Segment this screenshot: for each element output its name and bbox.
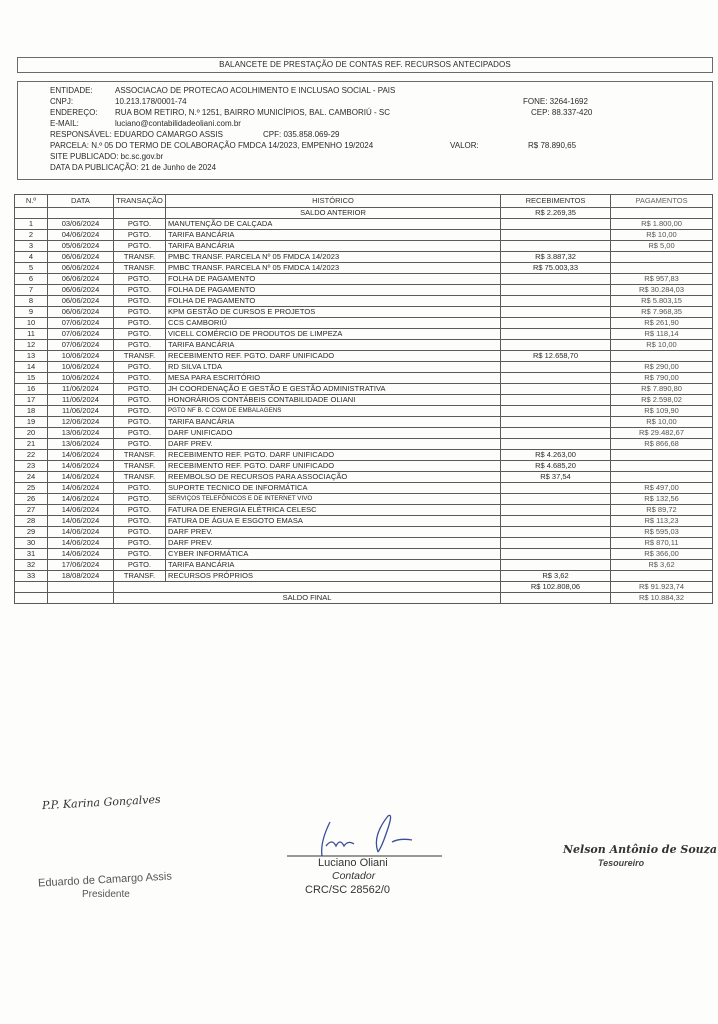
row-historico: TARIFA BANCÁRIA bbox=[166, 340, 501, 351]
row-historico: TARIFA BANCÁRIA bbox=[166, 230, 501, 241]
row-recebimentos bbox=[501, 219, 611, 230]
row-transacao: PGTO. bbox=[114, 274, 166, 285]
row-historico: DARF PREV. bbox=[166, 527, 501, 538]
table-row: 406/06/2024TRANSF.PMBC TRANSF. PARCELA N… bbox=[15, 252, 713, 263]
row-data: 10/06/2024 bbox=[48, 351, 114, 362]
row-data: 04/06/2024 bbox=[48, 230, 114, 241]
row-historico: RECEBIMENTO REF. PGTO. DARF UNIFICADO bbox=[166, 450, 501, 461]
row-data: 14/06/2024 bbox=[48, 472, 114, 483]
row-transacao: PGTO. bbox=[114, 230, 166, 241]
table-row: 506/06/2024TRANSF.PMBC TRANSF. PARCELA N… bbox=[15, 263, 713, 274]
row-recebimentos bbox=[501, 307, 611, 318]
row-numero: 17 bbox=[15, 395, 48, 406]
table-row: 2914/06/2024PGTO.DARF PREV.R$ 595,03 bbox=[15, 527, 713, 538]
row-historico: TARIFA BANCÁRIA bbox=[166, 417, 501, 428]
row-data: 06/06/2024 bbox=[48, 252, 114, 263]
row-recebimentos: R$ 4.263,00 bbox=[501, 450, 611, 461]
row-recebimentos bbox=[501, 318, 611, 329]
row-historico: FATURA DE ENERGIA ELÉTRICA CELESC bbox=[166, 505, 501, 516]
table-row: 2614/06/2024PGTO.SERVIÇOS TELEFÔNICOS E … bbox=[15, 494, 713, 505]
totals-row: R$ 102.808,06 R$ 91.923,74 bbox=[15, 582, 713, 593]
row-transacao: PGTO. bbox=[114, 296, 166, 307]
row-historico: SUPORTE TECNICO DE INFORMÁTICA bbox=[166, 483, 501, 494]
table-row: 2113/06/2024PGTO.DARF PREV.R$ 866,68 bbox=[15, 439, 713, 450]
row-numero: 22 bbox=[15, 450, 48, 461]
row-transacao: PGTO. bbox=[114, 340, 166, 351]
row-transacao: PGTO. bbox=[114, 505, 166, 516]
table-row: 1007/06/2024PGTO.CCS CAMBORIÚR$ 261,90 bbox=[15, 318, 713, 329]
row-data: 06/06/2024 bbox=[48, 274, 114, 285]
header-data: DATA bbox=[48, 195, 114, 208]
valor-label: VALOR: bbox=[450, 141, 479, 151]
row-data: 14/06/2024 bbox=[48, 494, 114, 505]
cep-value: CEP: 88.337-420 bbox=[531, 108, 592, 118]
row-recebimentos bbox=[501, 241, 611, 252]
row-recebimentos bbox=[501, 428, 611, 439]
contador-crc: CRC/SC 28562/0 bbox=[305, 884, 390, 896]
row-pagamentos: R$ 866,68 bbox=[611, 439, 713, 450]
row-recebimentos bbox=[501, 362, 611, 373]
row-transacao: TRANSF. bbox=[114, 263, 166, 274]
row-numero: 14 bbox=[15, 362, 48, 373]
row-numero: 30 bbox=[15, 538, 48, 549]
row-data: 14/06/2024 bbox=[48, 516, 114, 527]
row-pagamentos: R$ 89,72 bbox=[611, 505, 713, 516]
saldo-anterior-row: SALDO ANTERIOR R$ 2.269,35 bbox=[15, 208, 713, 219]
row-recebimentos bbox=[501, 483, 611, 494]
ledger-table: N.º DATA TRANSAÇÃO HISTÓRICO RECEBIMENTO… bbox=[14, 194, 713, 604]
table-row: 806/06/2024PGTO.FOLHA DE PAGAMENTOR$ 5.8… bbox=[15, 296, 713, 307]
table-row: 1310/06/2024TRANSF.RECEBIMENTO REF. PGTO… bbox=[15, 351, 713, 362]
saldo-final-value: R$ 10.884,32 bbox=[611, 593, 713, 604]
table-row: 2214/06/2024TRANSF.RECEBIMENTO REF. PGTO… bbox=[15, 450, 713, 461]
row-transacao: PGTO. bbox=[114, 373, 166, 384]
row-historico: RECEBIMENTO REF. PGTO. DARF UNIFICADO bbox=[166, 351, 501, 362]
table-row: 1711/06/2024PGTO.HONORÁRIOS CONTÁBEIS CO… bbox=[15, 395, 713, 406]
row-transacao: PGTO. bbox=[114, 285, 166, 296]
row-data: 06/06/2024 bbox=[48, 285, 114, 296]
table-header-row: N.º DATA TRANSAÇÃO HISTÓRICO RECEBIMENTO… bbox=[15, 195, 713, 208]
row-historico: TARIFA BANCÁRIA bbox=[166, 241, 501, 252]
table-row: 1510/06/2024PGTO.MESA PARA ESCRITÓRIOR$ … bbox=[15, 373, 713, 384]
row-historico: DARF PREV. bbox=[166, 439, 501, 450]
presidente-role: Presidente bbox=[82, 889, 130, 900]
row-recebimentos bbox=[501, 285, 611, 296]
row-numero: 21 bbox=[15, 439, 48, 450]
row-recebimentos bbox=[501, 373, 611, 384]
row-pagamentos: R$ 2.598,02 bbox=[611, 395, 713, 406]
row-data: 18/08/2024 bbox=[48, 571, 114, 582]
row-historico: CCS CAMBORIÚ bbox=[166, 318, 501, 329]
header-pagamentos: PAGAMENTOS bbox=[611, 195, 713, 208]
row-data: 14/06/2024 bbox=[48, 450, 114, 461]
row-historico: FOLHA DE PAGAMENTO bbox=[166, 274, 501, 285]
row-historico: SERVIÇOS TELEFÔNICOS E DE INTERNET VIVO bbox=[166, 494, 501, 505]
table-row: 103/06/2024PGTO.MANUTENÇÃO DE CALÇADAR$ … bbox=[15, 219, 713, 230]
row-recebimentos bbox=[501, 230, 611, 241]
row-pagamentos: R$ 261,90 bbox=[611, 318, 713, 329]
table-row: 305/06/2024PGTO.TARIFA BANCÁRIAR$ 5,00 bbox=[15, 241, 713, 252]
row-pagamentos: R$ 132,56 bbox=[611, 494, 713, 505]
row-pagamentos: R$ 29.482,67 bbox=[611, 428, 713, 439]
row-pagamentos: R$ 7.968,35 bbox=[611, 307, 713, 318]
row-data: 14/06/2024 bbox=[48, 505, 114, 516]
row-numero: 11 bbox=[15, 329, 48, 340]
row-transacao: PGTO. bbox=[114, 538, 166, 549]
row-transacao: PGTO. bbox=[114, 241, 166, 252]
presidente-name: Eduardo de Camargo Assis bbox=[38, 871, 172, 890]
row-historico: CYBER INFORMÁTICA bbox=[166, 549, 501, 560]
row-pagamentos bbox=[611, 263, 713, 274]
contador-name: Luciano Oliani bbox=[318, 857, 388, 869]
row-historico: DARF PREV. bbox=[166, 538, 501, 549]
row-transacao: PGTO. bbox=[114, 362, 166, 373]
row-transacao: TRANSF. bbox=[114, 450, 166, 461]
row-transacao: TRANSF. bbox=[114, 461, 166, 472]
row-numero: 32 bbox=[15, 560, 48, 571]
row-transacao: TRANSF. bbox=[114, 571, 166, 582]
row-numero: 4 bbox=[15, 252, 48, 263]
row-historico: RECEBIMENTO REF. PGTO. DARF UNIFICADO bbox=[166, 461, 501, 472]
entidade-label: ENTIDADE: bbox=[50, 86, 93, 96]
row-historico: PMBC TRANSF. PARCELA Nº 05 FMDCA 14/2023 bbox=[166, 263, 501, 274]
row-recebimentos bbox=[501, 560, 611, 571]
row-transacao: PGTO. bbox=[114, 329, 166, 340]
tesoureiro-name: Nelson Antônio de Souza bbox=[563, 843, 717, 856]
row-transacao: PGTO. bbox=[114, 406, 166, 417]
row-data: 14/06/2024 bbox=[48, 527, 114, 538]
row-recebimentos bbox=[501, 494, 611, 505]
row-transacao: PGTO. bbox=[114, 483, 166, 494]
row-data: 11/06/2024 bbox=[48, 406, 114, 417]
row-pagamentos bbox=[611, 571, 713, 582]
row-data: 07/06/2024 bbox=[48, 340, 114, 351]
entidade-value: ASSOCIACAO DE PROTECAO ACOLHIMENTO E INC… bbox=[115, 86, 395, 96]
row-numero: 18 bbox=[15, 406, 48, 417]
row-numero: 24 bbox=[15, 472, 48, 483]
header-historico: HISTÓRICO bbox=[166, 195, 501, 208]
row-historico: KPM GESTÃO DE CURSOS E PROJETOS bbox=[166, 307, 501, 318]
row-numero: 28 bbox=[15, 516, 48, 527]
table-row: 1811/06/2024PGTO.PGTO NF B. C COM DE EMB… bbox=[15, 406, 713, 417]
row-recebimentos bbox=[501, 406, 611, 417]
row-recebimentos bbox=[501, 296, 611, 307]
table-row: 2414/06/2024TRANSF.REEMBOLSO DE RECURSOS… bbox=[15, 472, 713, 483]
row-numero: 29 bbox=[15, 527, 48, 538]
row-historico: TARIFA BANCÁRIA bbox=[166, 560, 501, 571]
row-pagamentos: R$ 870,11 bbox=[611, 538, 713, 549]
row-recebimentos: R$ 3.887,32 bbox=[501, 252, 611, 263]
row-recebimentos: R$ 12.658,70 bbox=[501, 351, 611, 362]
site-value: SITE PUBLICADO: bc.sc.gov.br bbox=[50, 152, 163, 162]
row-numero: 3 bbox=[15, 241, 48, 252]
table-row: 1410/06/2024PGTO.RD SILVA LTDAR$ 290,00 bbox=[15, 362, 713, 373]
row-numero: 5 bbox=[15, 263, 48, 274]
table-row: 906/06/2024PGTO.KPM GESTÃO DE CURSOS E P… bbox=[15, 307, 713, 318]
row-numero: 9 bbox=[15, 307, 48, 318]
row-historico: MANUTENÇÃO DE CALÇADA bbox=[166, 219, 501, 230]
row-pagamentos bbox=[611, 252, 713, 263]
row-recebimentos bbox=[501, 274, 611, 285]
saldo-anterior-label: SALDO ANTERIOR bbox=[166, 208, 501, 219]
row-recebimentos bbox=[501, 505, 611, 516]
endereco-label: ENDEREÇO: bbox=[50, 108, 98, 118]
row-pagamentos: R$ 10,00 bbox=[611, 417, 713, 428]
row-historico: FATURA DE ÁGUA E ESGOTO EMASA bbox=[166, 516, 501, 527]
row-transacao: PGTO. bbox=[114, 384, 166, 395]
row-historico: RD SILVA LTDA bbox=[166, 362, 501, 373]
contador-signature-icon bbox=[282, 812, 457, 860]
row-pagamentos: R$ 1.800,00 bbox=[611, 219, 713, 230]
row-transacao: PGTO. bbox=[114, 549, 166, 560]
table-row: 606/06/2024PGTO.FOLHA DE PAGAMENTOR$ 957… bbox=[15, 274, 713, 285]
row-recebimentos bbox=[501, 417, 611, 428]
row-transacao: TRANSF. bbox=[114, 472, 166, 483]
saldo-final-row: SALDO FINAL R$ 10.884,32 bbox=[15, 593, 713, 604]
row-recebimentos bbox=[501, 439, 611, 450]
row-data: 07/06/2024 bbox=[48, 318, 114, 329]
row-numero: 20 bbox=[15, 428, 48, 439]
row-historico: FOLHA DE PAGAMENTO bbox=[166, 296, 501, 307]
row-pagamentos: R$ 10,00 bbox=[611, 340, 713, 351]
data-publicacao-value: DATA DA PUBLICAÇÃO: 21 de Junho de 2024 bbox=[50, 163, 216, 173]
row-transacao: PGTO. bbox=[114, 516, 166, 527]
table-row: 1912/06/2024PGTO.TARIFA BANCÁRIAR$ 10,00 bbox=[15, 417, 713, 428]
row-recebimentos bbox=[501, 527, 611, 538]
row-data: 12/06/2024 bbox=[48, 417, 114, 428]
table-row: 204/06/2024PGTO.TARIFA BANCÁRIAR$ 10,00 bbox=[15, 230, 713, 241]
row-data: 11/06/2024 bbox=[48, 384, 114, 395]
row-data: 03/06/2024 bbox=[48, 219, 114, 230]
row-numero: 27 bbox=[15, 505, 48, 516]
row-data: 06/06/2024 bbox=[48, 307, 114, 318]
row-historico: PGTO NF B. C COM DE EMBALAGENS bbox=[166, 406, 501, 417]
row-transacao: PGTO. bbox=[114, 395, 166, 406]
row-pagamentos: R$ 5.803,15 bbox=[611, 296, 713, 307]
row-transacao: PGTO. bbox=[114, 417, 166, 428]
responsavel-value: RESPONSÁVEL: EDUARDO CAMARGO ASSIS bbox=[50, 130, 223, 140]
row-numero: 23 bbox=[15, 461, 48, 472]
row-transacao: PGTO. bbox=[114, 318, 166, 329]
row-historico: DARF UNIFICADO bbox=[166, 428, 501, 439]
row-numero: 6 bbox=[15, 274, 48, 285]
row-pagamentos: R$ 10,00 bbox=[611, 230, 713, 241]
header-recebimentos: RECEBIMENTOS bbox=[501, 195, 611, 208]
row-pagamentos: R$ 595,03 bbox=[611, 527, 713, 538]
row-data: 07/06/2024 bbox=[48, 329, 114, 340]
row-pagamentos: R$ 366,00 bbox=[611, 549, 713, 560]
row-historico: FOLHA DE PAGAMENTO bbox=[166, 285, 501, 296]
table-row: 2814/06/2024PGTO.FATURA DE ÁGUA E ESGOTO… bbox=[15, 516, 713, 527]
row-transacao: PGTO. bbox=[114, 560, 166, 571]
entity-info-box: ENTIDADE: ASSOCIACAO DE PROTECAO ACOLHIM… bbox=[17, 81, 713, 180]
row-numero: 12 bbox=[15, 340, 48, 351]
document-title: BALANCETE DE PRESTAÇÃO DE CONTAS REF. RE… bbox=[17, 57, 713, 73]
row-historico: VICELL COMÉRCIO DE PRODUTOS DE LIMPEZA bbox=[166, 329, 501, 340]
row-pagamentos: R$ 3,62 bbox=[611, 560, 713, 571]
saldo-final-label: SALDO FINAL bbox=[114, 593, 501, 604]
row-pagamentos: R$ 957,83 bbox=[611, 274, 713, 285]
row-pagamentos: R$ 113,23 bbox=[611, 516, 713, 527]
valor-value: R$ 78.890,65 bbox=[528, 141, 576, 151]
table-row: 3014/06/2024PGTO.DARF PREV.R$ 870,11 bbox=[15, 538, 713, 549]
row-recebimentos: R$ 4.685,20 bbox=[501, 461, 611, 472]
email-value: luciano@contabilidadeoliani.com.br bbox=[115, 119, 241, 129]
row-pagamentos: R$ 290,00 bbox=[611, 362, 713, 373]
row-transacao: PGTO. bbox=[114, 439, 166, 450]
row-recebimentos: R$ 3,62 bbox=[501, 571, 611, 582]
cnpj-value: 10.213.178/0001-74 bbox=[115, 97, 187, 107]
row-pagamentos: R$ 30.284,03 bbox=[611, 285, 713, 296]
row-transacao: PGTO. bbox=[114, 527, 166, 538]
endereco-value: RUA BOM RETIRO, N.º 1251, BAIRRO MUNICÍP… bbox=[115, 108, 390, 118]
row-pagamentos bbox=[611, 450, 713, 461]
row-historico: HONORÁRIOS CONTÁBEIS CONTABILIDADE OLIAN… bbox=[166, 395, 501, 406]
row-transacao: PGTO. bbox=[114, 219, 166, 230]
row-pagamentos: R$ 5,00 bbox=[611, 241, 713, 252]
row-pagamentos: R$ 497,00 bbox=[611, 483, 713, 494]
table-row: 1107/06/2024PGTO.VICELL COMÉRCIO DE PROD… bbox=[15, 329, 713, 340]
contador-role: Contador bbox=[332, 870, 375, 882]
row-numero: 26 bbox=[15, 494, 48, 505]
table-row: 1207/06/2024PGTO.TARIFA BANCÁRIAR$ 10,00 bbox=[15, 340, 713, 351]
row-data: 06/06/2024 bbox=[48, 296, 114, 307]
row-data: 10/06/2024 bbox=[48, 362, 114, 373]
row-data: 10/06/2024 bbox=[48, 373, 114, 384]
table-row: 706/06/2024PGTO.FOLHA DE PAGAMENTOR$ 30.… bbox=[15, 285, 713, 296]
row-numero: 15 bbox=[15, 373, 48, 384]
table-row: 2514/06/2024PGTO.SUPORTE TECNICO DE INFO… bbox=[15, 483, 713, 494]
table-row: 3217/06/2024PGTO.TARIFA BANCÁRIAR$ 3,62 bbox=[15, 560, 713, 571]
row-numero: 1 bbox=[15, 219, 48, 230]
row-recebimentos: R$ 37,54 bbox=[501, 472, 611, 483]
row-pagamentos: R$ 118,14 bbox=[611, 329, 713, 340]
row-numero: 8 bbox=[15, 296, 48, 307]
row-data: 13/06/2024 bbox=[48, 428, 114, 439]
row-numero: 2 bbox=[15, 230, 48, 241]
row-data: 14/06/2024 bbox=[48, 538, 114, 549]
fone-value: FONE: 3264-1692 bbox=[523, 97, 588, 107]
row-recebimentos bbox=[501, 549, 611, 560]
row-recebimentos: R$ 75.003,33 bbox=[501, 263, 611, 274]
row-pagamentos bbox=[611, 472, 713, 483]
total-recebimentos: R$ 102.808,06 bbox=[501, 582, 611, 593]
row-data: 17/06/2024 bbox=[48, 560, 114, 571]
row-data: 14/06/2024 bbox=[48, 483, 114, 494]
row-recebimentos bbox=[501, 329, 611, 340]
row-transacao: PGTO. bbox=[114, 307, 166, 318]
row-numero: 19 bbox=[15, 417, 48, 428]
row-transacao: PGTO. bbox=[114, 428, 166, 439]
total-pagamentos: R$ 91.923,74 bbox=[611, 582, 713, 593]
email-label: E-MAIL: bbox=[50, 119, 79, 129]
cnpj-label: CNPJ: bbox=[50, 97, 73, 107]
row-transacao: TRANSF. bbox=[114, 252, 166, 263]
row-numero: 16 bbox=[15, 384, 48, 395]
header-numero: N.º bbox=[15, 195, 48, 208]
row-historico: PMBC TRANSF. PARCELA Nº 05 FMDCA 14/2023 bbox=[166, 252, 501, 263]
row-historico: REEMBOLSO DE RECURSOS PARA ASSOCIAÇÃO bbox=[166, 472, 501, 483]
table-row: 3318/08/2024TRANSF.RECURSOS PRÓPRIOSR$ 3… bbox=[15, 571, 713, 582]
row-numero: 7 bbox=[15, 285, 48, 296]
table-row: 2314/06/2024TRANSF.RECEBIMENTO REF. PGTO… bbox=[15, 461, 713, 472]
table-row: 1611/06/2024PGTO.JH COORDENAÇÃO E GESTÃO… bbox=[15, 384, 713, 395]
table-row: 2714/06/2024PGTO.FATURA DE ENERGIA ELÉTR… bbox=[15, 505, 713, 516]
pp-signature-note: P.P. Karina Gonçalves bbox=[42, 793, 161, 812]
row-recebimentos bbox=[501, 516, 611, 527]
row-historico: RECURSOS PRÓPRIOS bbox=[166, 571, 501, 582]
row-data: 14/06/2024 bbox=[48, 461, 114, 472]
row-recebimentos bbox=[501, 538, 611, 549]
row-recebimentos bbox=[501, 340, 611, 351]
row-numero: 33 bbox=[15, 571, 48, 582]
row-data: 06/06/2024 bbox=[48, 263, 114, 274]
cpf-value: CPF: 035.858.069-29 bbox=[263, 130, 340, 140]
row-data: 05/06/2024 bbox=[48, 241, 114, 252]
row-transacao: PGTO. bbox=[114, 494, 166, 505]
row-historico: JH COORDENAÇÃO E GESTÃO E GESTÃO ADMINIS… bbox=[166, 384, 501, 395]
row-pagamentos bbox=[611, 351, 713, 362]
row-recebimentos bbox=[501, 384, 611, 395]
row-data: 13/06/2024 bbox=[48, 439, 114, 450]
row-data: 14/06/2024 bbox=[48, 549, 114, 560]
row-pagamentos bbox=[611, 461, 713, 472]
header-transacao: TRANSAÇÃO bbox=[114, 195, 166, 208]
row-pagamentos: R$ 790,00 bbox=[611, 373, 713, 384]
tesoureiro-role: Tesoureiro bbox=[598, 858, 644, 868]
row-historico: MESA PARA ESCRITÓRIO bbox=[166, 373, 501, 384]
row-data: 11/06/2024 bbox=[48, 395, 114, 406]
parcela-value: PARCELA: N.º 05 DO TERMO DE COLABORAÇÃO … bbox=[50, 141, 373, 151]
row-pagamentos: R$ 109,90 bbox=[611, 406, 713, 417]
saldo-anterior-value: R$ 2.269,35 bbox=[501, 208, 611, 219]
row-pagamentos: R$ 7.890,80 bbox=[611, 384, 713, 395]
row-numero: 13 bbox=[15, 351, 48, 362]
row-numero: 31 bbox=[15, 549, 48, 560]
row-numero: 25 bbox=[15, 483, 48, 494]
row-transacao: TRANSF. bbox=[114, 351, 166, 362]
row-recebimentos bbox=[501, 395, 611, 406]
row-numero: 10 bbox=[15, 318, 48, 329]
table-row: 2013/06/2024PGTO.DARF UNIFICADOR$ 29.482… bbox=[15, 428, 713, 439]
table-row: 3114/06/2024PGTO.CYBER INFORMÁTICAR$ 366… bbox=[15, 549, 713, 560]
